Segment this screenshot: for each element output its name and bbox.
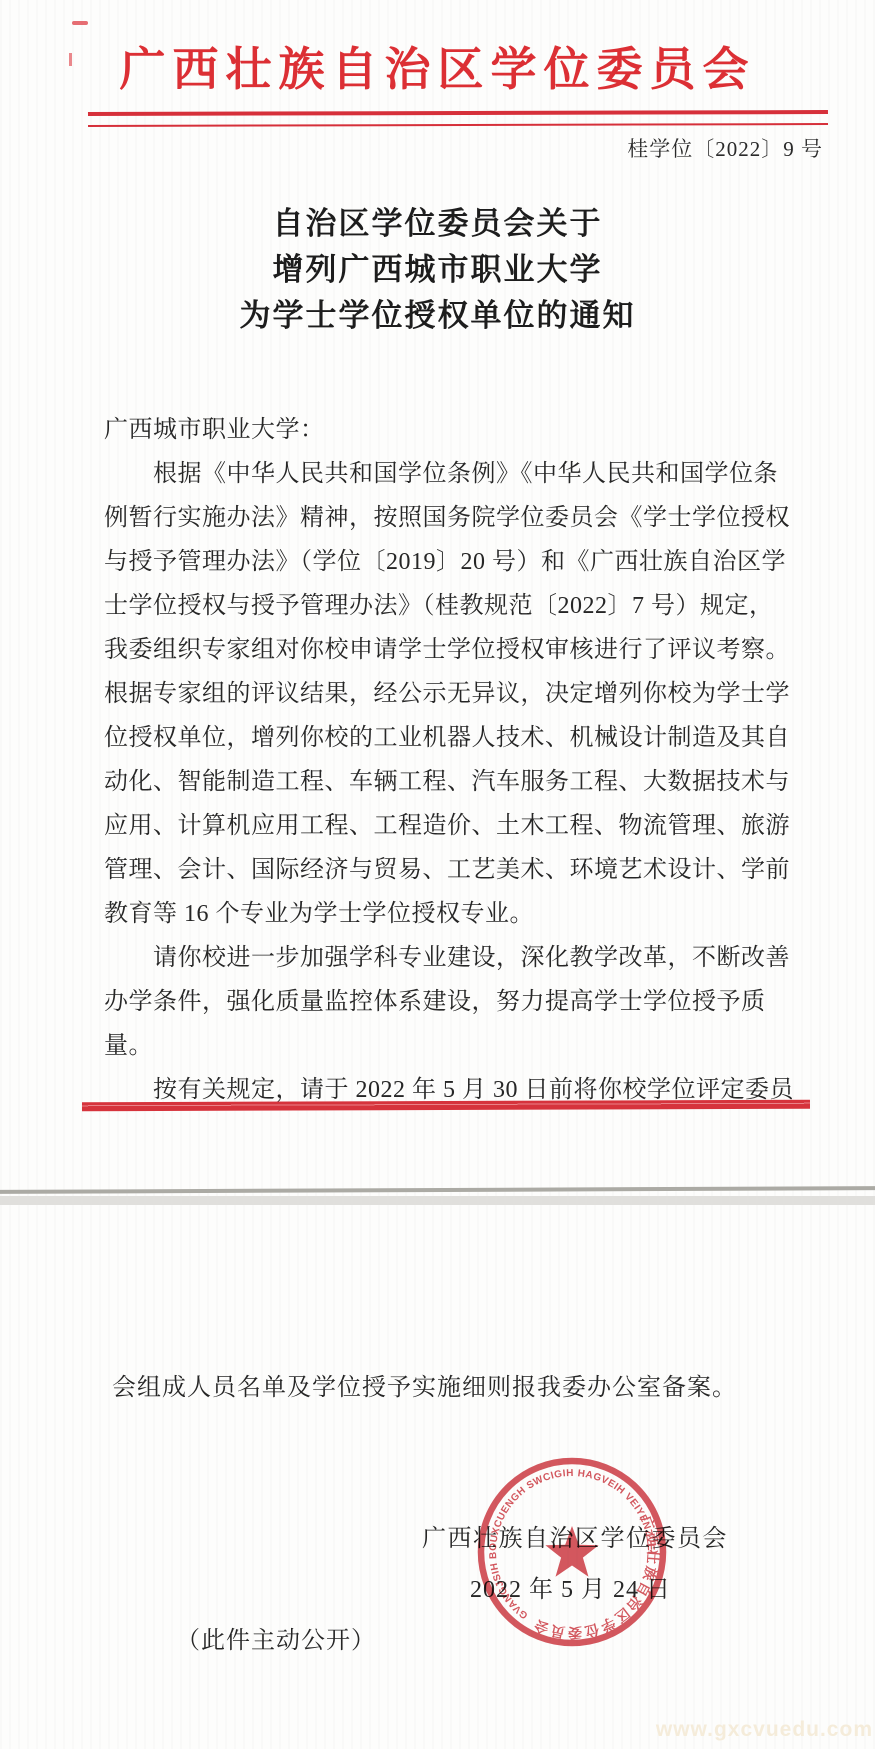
title-line: 为学士学位授权单位的通知 — [0, 293, 875, 339]
body-continuation-line: 会组成人员名单及学位授予实施细则报我委办公室备案。 — [112, 1368, 737, 1408]
body-line: 根据《中华人民共和国学位条例》《中华人民共和国学位条 — [104, 452, 804, 496]
body-line: 我委组织专家组对你校申请学士学位授权审核进行了评议考察。 — [104, 628, 804, 672]
document-body: 广西城市职业大学： 根据《中华人民共和国学位条例》《中华人民共和国学位条例暂行实… — [104, 408, 804, 1112]
body-lines: 根据《中华人民共和国学位条例》《中华人民共和国学位条例暂行实施办法》精神，按照国… — [104, 452, 804, 1112]
letterhead-double-rule — [88, 110, 828, 127]
title-line: 增列广西城市职业大学 — [0, 247, 875, 293]
document-number: 桂学位〔2022〕9 号 — [627, 133, 823, 163]
scanned-official-document: 广西壮族自治区学位委员会 桂学位〔2022〕9 号 自治区学位委员会关于增列广西… — [0, 0, 875, 1749]
body-line: 位授权单位，增列你校的工业机器人技术、机械设计制造及其自 — [104, 716, 804, 760]
scan-ink-mark — [72, 21, 88, 25]
body-line: 与授予管理办法》（学位〔2019〕20 号）和《广西壮族自治区学 — [104, 540, 804, 584]
body-line: 办学条件，强化质量监控体系建设，努力提高学士学位授予质量。 — [104, 980, 804, 1068]
signature-org: 广西壮族自治区学位委员会 — [422, 1518, 728, 1553]
letterhead-org-name: 广西壮族自治区学位委员会 — [0, 33, 875, 99]
page-break-shadow — [0, 1186, 875, 1194]
document-title: 自治区学位委员会关于增列广西城市职业大学为学士学位授权单位的通知 — [0, 201, 875, 339]
body-line: 教育等 16 个专业为学士学位授权专业。 — [104, 892, 804, 936]
title-line: 自治区学位委员会关于 — [0, 201, 875, 247]
body-line: 动化、智能制造工程、车辆工程、汽车服务工程、大数据技术与 — [104, 760, 804, 804]
body-line: 管理、会计、国际经济与贸易、工艺美术、环境艺术设计、学前 — [104, 848, 804, 892]
signature-date: 2022 年 5 月 24 日 — [470, 1569, 671, 1604]
disclosure-note: （此件主动公开） — [176, 1620, 376, 1655]
body-line: 例暂行实施办法》精神，按照国务院学位委员会《学士学位授权 — [104, 496, 804, 540]
body-line: 请你校进一步加强学科专业建设，深化教学改革，不断改善 — [104, 936, 804, 980]
body-line: 士学位授权与授予管理办法》（桂教规范〔2022〕7 号）规定， — [104, 584, 804, 628]
site-watermark: www.gxcvuedu.com — [656, 1718, 873, 1742]
salutation: 广西城市职业大学： — [104, 408, 804, 452]
page-break-band — [0, 1196, 875, 1205]
body-line: 应用、计算机应用工程、工程造价、土木工程、物流管理、旅游 — [104, 804, 804, 848]
body-line: 根据专家组的评议结果，经公示无异议，决定增列你校为学士学 — [104, 672, 804, 716]
